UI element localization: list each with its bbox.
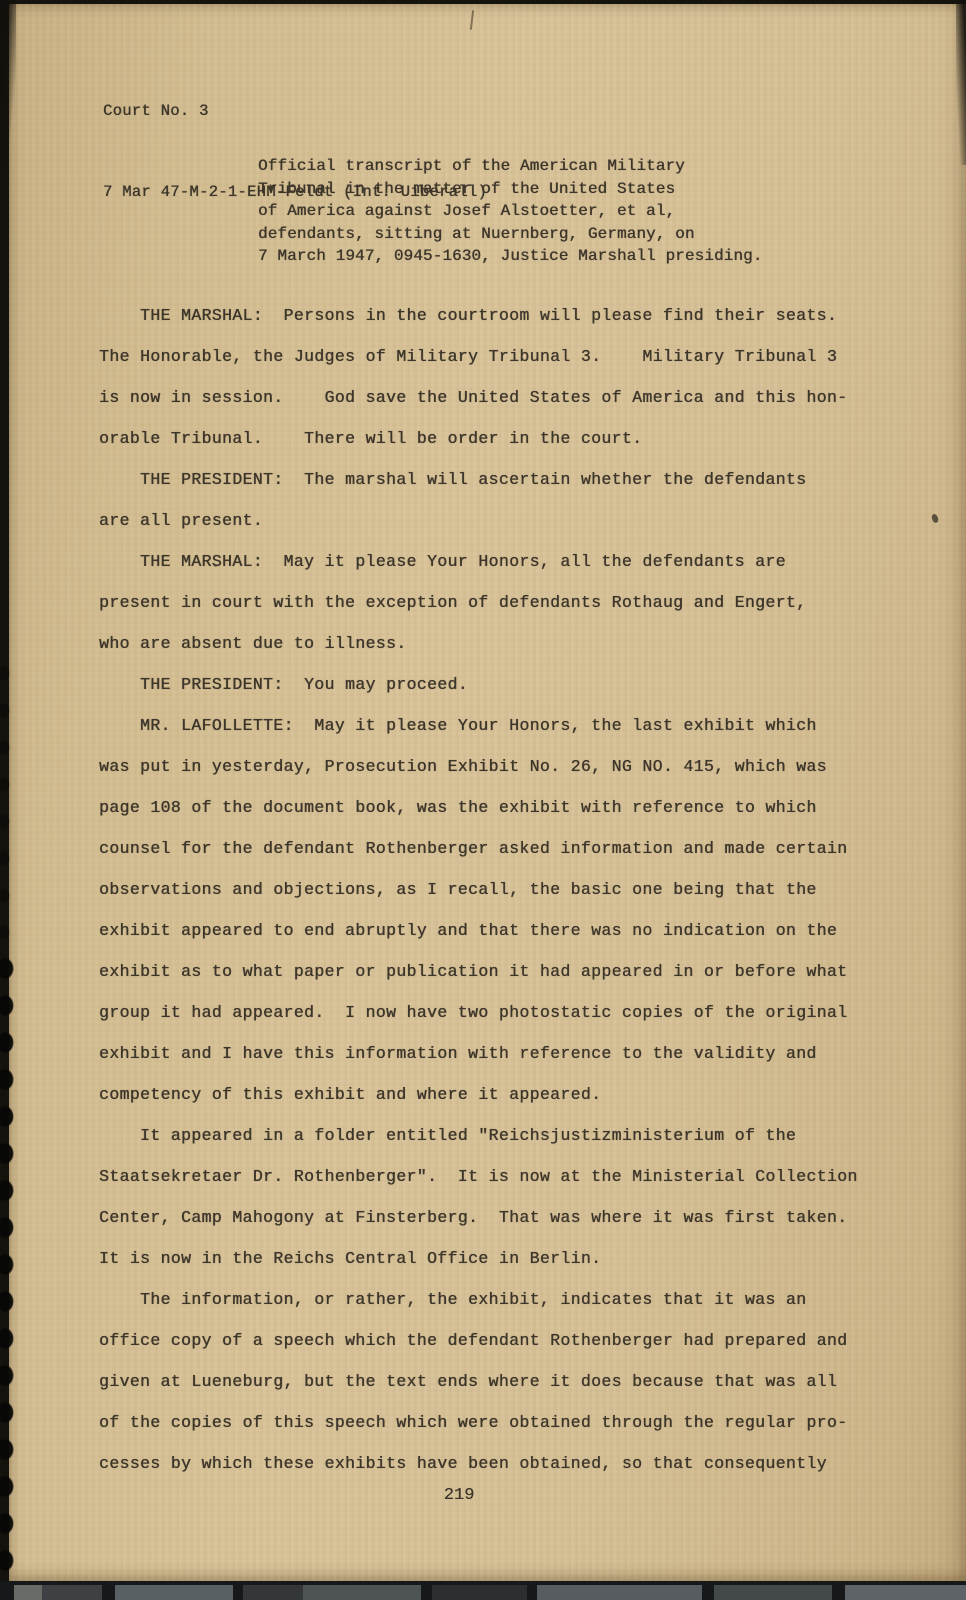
scan-bottom-block	[537, 1585, 702, 1600]
paragraph-president-ascertain: THE PRESIDENT: The marshal will ascertai…	[99, 459, 929, 541]
scan-bottom-block	[845, 1585, 966, 1600]
paragraph-president-proceed: THE PRESIDENT: You may proceed.	[99, 664, 929, 705]
paragraph-folder-provenance: It appeared in a folder entitled "Reichs…	[99, 1115, 929, 1279]
scan-bottom-block	[714, 1585, 832, 1600]
paragraph-speech-copy: The information, or rather, the exhibit,…	[99, 1279, 929, 1484]
paragraph-marshal-opening: THE MARSHAL: Persons in the courtroom wi…	[99, 295, 929, 459]
scan-scratch-mark	[470, 10, 474, 30]
paper-sheet: Court No. 3 7 Mar 47-M-2-1-EHM-Feldt (In…	[9, 4, 966, 1581]
paragraph-marshal-attendance: THE MARSHAL: May it please Your Honors, …	[99, 541, 929, 664]
transcript-body: THE MARSHAL: Persons in the courtroom wi…	[99, 295, 929, 1484]
paper-dot-speck	[214, 564, 217, 567]
ink-speck	[930, 513, 940, 524]
scan-bottom-block	[42, 1585, 102, 1600]
scan-shadow-top-left	[0, 0, 16, 165]
transcript-caption: Official transcript of the American Mili…	[258, 155, 762, 268]
binding-holes-upper	[0, 655, 22, 950]
scan-bottom-block	[14, 1585, 42, 1600]
scan-bottom-block	[243, 1585, 303, 1600]
scan-bottom-block	[303, 1585, 421, 1600]
scan-bottom-block	[115, 1585, 233, 1600]
scan-shadow-top-right	[956, 0, 966, 165]
scan-background: Court No. 3 7 Mar 47-M-2-1-EHM-Feldt (In…	[0, 0, 966, 1600]
binding-holes-lower	[0, 950, 22, 1595]
scan-bottom-block	[432, 1585, 527, 1600]
header-court-line: Court No. 3	[103, 98, 487, 125]
page-number: 219	[399, 1486, 519, 1505]
paragraph-lafollette-exhibit: MR. LAFOLLETTE: May it please Your Honor…	[99, 705, 929, 1115]
scan-bottom-strip	[0, 1581, 966, 1600]
